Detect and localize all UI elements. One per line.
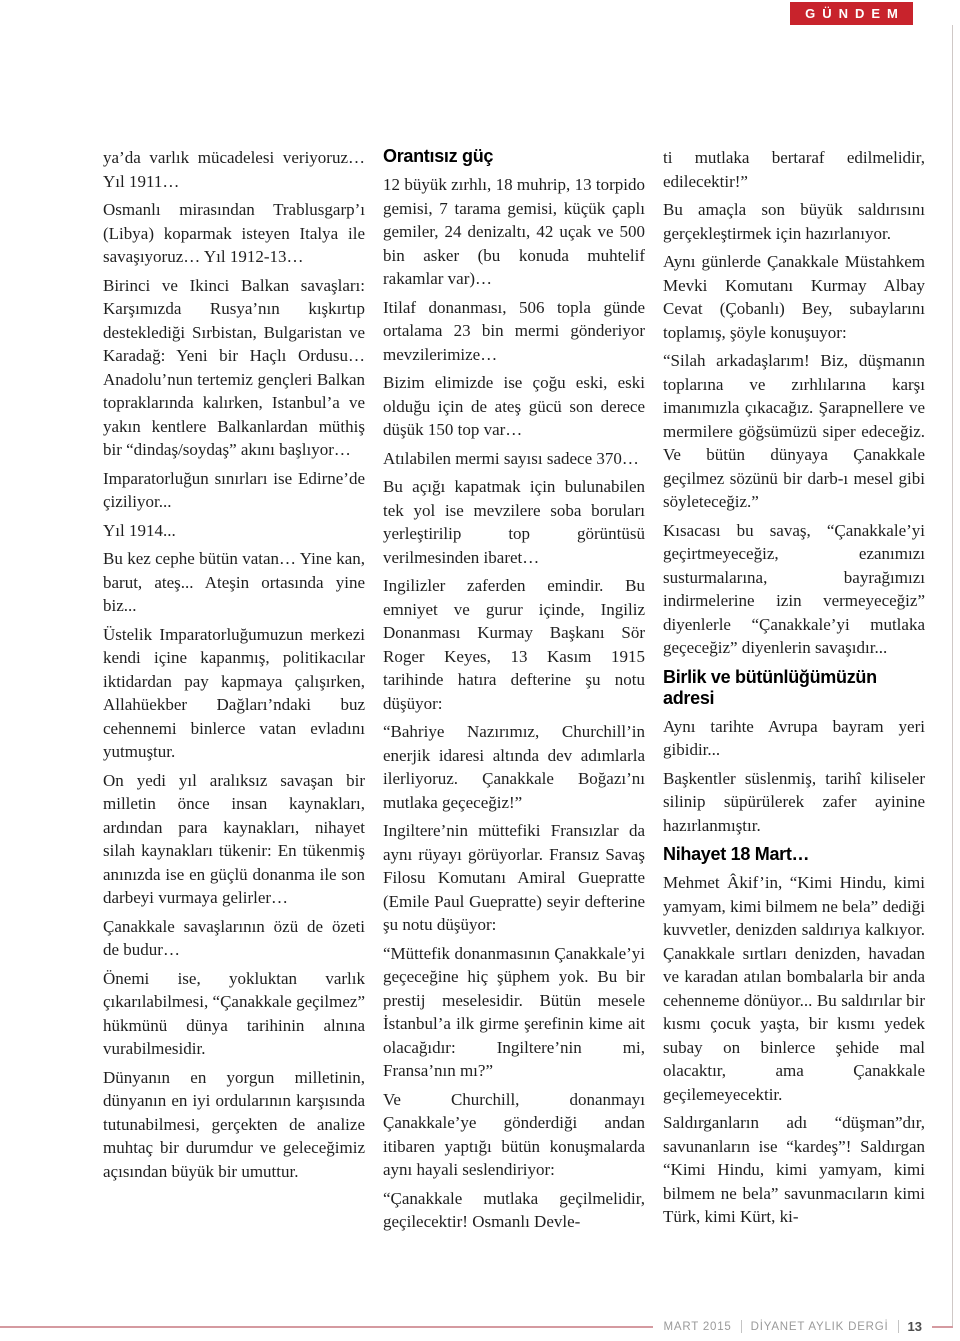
paragraph: ya’da varlık mücadelesi veriyoruz… Yıl 1… bbox=[103, 146, 365, 193]
footer-separator bbox=[898, 1320, 899, 1333]
paragraph: Bu açığı kapatmak için bulunabilen tek y… bbox=[383, 475, 645, 569]
text-column-2: Orantısız güç12 büyük zırhlı, 18 muhrip,… bbox=[383, 146, 645, 1278]
paragraph: Üstelik Imparatorluğumuzun merkezi kendi… bbox=[103, 623, 365, 764]
footer-month-year: MART 2015 bbox=[663, 1321, 731, 1333]
paragraph: Başkentler süslenmiş, tarihî kiliseler s… bbox=[663, 767, 925, 838]
subheading: Orantısız güç bbox=[383, 146, 645, 167]
paragraph: Osmanlı mirasından Trablusgarp’ı (Libya)… bbox=[103, 198, 365, 269]
paragraph: On yedi yıl aralıksız savaşan bir millet… bbox=[103, 769, 365, 910]
paragraph: 12 büyük zırhlı, 18 muhrip, 13 torpido g… bbox=[383, 173, 645, 291]
paragraph: Bu kez cephe bütün vatan… Yine kan, baru… bbox=[103, 547, 365, 618]
paragraph: Aynı günlerde Çanakkale Müstahkem Mevki … bbox=[663, 250, 925, 344]
footer-separator bbox=[741, 1320, 742, 1333]
text-column-1: ya’da varlık mücadelesi veriyoruz… Yıl 1… bbox=[103, 146, 365, 1278]
paragraph: Dünyanın en yorgun milletinin, dünyanın … bbox=[103, 1066, 365, 1184]
paragraph: Bu amaçla son büyük saldırısını gerçekle… bbox=[663, 198, 925, 245]
paragraph: “Silah arkadaşlarım! Biz, düşmanın topla… bbox=[663, 349, 925, 514]
footer: MART 2015 DİYANET AYLIK DERGİ 13 bbox=[653, 1316, 932, 1337]
paragraph: Önemi ise, yokluktan varlık çıkarılabilm… bbox=[103, 967, 365, 1061]
paragraph: “Müttefik donanmasının Çanakkale’yi geçe… bbox=[383, 942, 645, 1083]
paragraph: ti mutlaka bertaraf edilmelidir, edilece… bbox=[663, 146, 925, 193]
text-column-3: ti mutlaka bertaraf edilmelidir, edilece… bbox=[663, 146, 925, 1278]
footer-page-number: 13 bbox=[908, 1319, 922, 1334]
paragraph: Ingiltere’nin müttefiki Fransızlar da ay… bbox=[383, 819, 645, 937]
paragraph: Çanakkale savaşlarının özü de özeti de b… bbox=[103, 915, 365, 962]
paragraph: Atılabilen mermi sayısı sadece 370… bbox=[383, 447, 645, 471]
paragraph: Itilaf donanması, 506 topla günde ortala… bbox=[383, 296, 645, 367]
paragraph: Mehmet Âkif’in, “Kimi Hindu, kimi yamyam… bbox=[663, 871, 925, 1106]
paragraph: Kısacası bu savaş, “Çanakkale’yi geçirtm… bbox=[663, 519, 925, 660]
paragraph: Ingilizler zaferden emindir. Bu emniyet … bbox=[383, 574, 645, 715]
subheading: Nihayet 18 Mart… bbox=[663, 844, 925, 865]
section-label-badge: GÜNDEM bbox=[790, 2, 913, 25]
paragraph: “Bahriye Nazırımız, Churchill’in enerjik… bbox=[383, 720, 645, 814]
paragraph: Yıl 1914... bbox=[103, 519, 365, 543]
paragraph: Bizim elimizde ise çoğu eski, eski olduğ… bbox=[383, 371, 645, 442]
article-body: ya’da varlık mücadelesi veriyoruz… Yıl 1… bbox=[103, 146, 925, 1278]
right-edge-rule bbox=[952, 25, 953, 1327]
paragraph: Aynı tarihte Avrupa bayram yeri gibidir.… bbox=[663, 715, 925, 762]
footer-magazine-name: DİYANET AYLIK DERGİ bbox=[751, 1321, 889, 1333]
paragraph: Birinci ve Ikinci Balkan savaşları: Karş… bbox=[103, 274, 365, 462]
paragraph: Saldırganların adı “düşman”dır, savunanl… bbox=[663, 1111, 925, 1229]
paragraph: “Çanakkale mutlaka geçilmelidir, geçilec… bbox=[383, 1187, 645, 1234]
paragraph: Ve Churchill, donanmayı Çanakkale’ye gön… bbox=[383, 1088, 645, 1182]
paragraph: Imparatorluğun sınırları ise Edirne’de ç… bbox=[103, 467, 365, 514]
section-label: GÜNDEM bbox=[805, 6, 905, 21]
magazine-page: GÜNDEM ya’da varlık mücadelesi veriyoruz… bbox=[0, 0, 960, 1341]
subheading: Birlik ve bütünlüğümüzün adresi bbox=[663, 667, 925, 709]
